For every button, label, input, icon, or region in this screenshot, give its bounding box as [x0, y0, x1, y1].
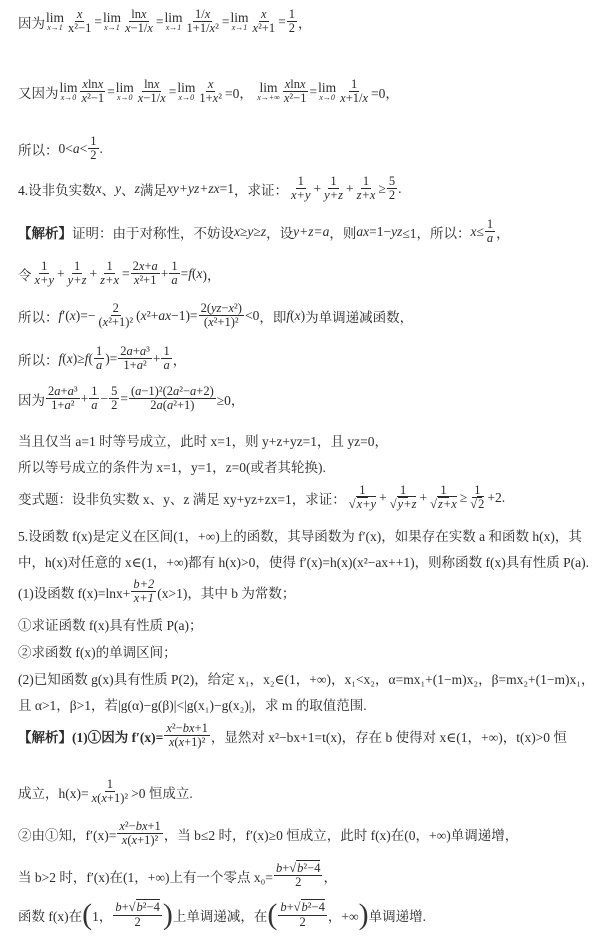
- fraction: 1x+1/x: [338, 78, 370, 105]
- line-22: ②由①知，f′(x)= x²−bx+1x(x+1)² ，当 b≤2 时，f′(x…: [18, 820, 518, 847]
- line-3: 所以：0<a< 12.: [18, 135, 103, 162]
- fraction: xx²+1: [251, 8, 278, 35]
- fraction: lnxx−1/x: [136, 78, 168, 105]
- limit: limx→1: [165, 11, 183, 33]
- line-20: 【解析】(1)①因为 f′(x)= x²−bx+1x(x+1)² ，显然对 x²…: [18, 722, 567, 749]
- fraction: xx²−1: [66, 8, 93, 35]
- line-5: 【解析】证明：由于对称性，不妨设 x≥y≥z，设 y+z=a ，则 ax=1−y…: [18, 218, 510, 245]
- line-11: 所以等号成立的条件为 x=1，y=1，z=0(或者其轮换).: [18, 456, 326, 476]
- text: 又因为: [18, 82, 59, 102]
- line-12: 变式题：设非负实数 x、y、z 满足 xy+yz+zx=1，求证： 1√x+y+…: [18, 484, 505, 511]
- line-6: 令 1x+y+ 1y+z+ 1z+x= 2x+ax²+1+ 1a=f(x)，: [18, 260, 221, 287]
- fraction: 1/x1+1/x²: [185, 8, 221, 35]
- limit: limx→0: [318, 81, 336, 103]
- fraction: xlnxx²−1: [282, 78, 309, 105]
- line-7: 所以：f′(x)=− 2(x²+1)²(x²+ax−1)= 2(yz−x²)(x…: [18, 302, 413, 329]
- line-10: 当且仅当 a=1 时等号成立，此时 x=1，则 y+z+yz=1，且 yz=0，: [18, 430, 388, 450]
- limit: limx→0: [177, 81, 195, 103]
- limit: limx→0: [60, 81, 78, 103]
- line-8: 所以：f(x)≥f( 1a)= 2a+a³1+a²+ 1a，: [18, 345, 186, 372]
- line-19: 且 α>1，β>1，若|g(α)−g(β)|<|g(x₁)−g(x₂)|，求 m…: [18, 694, 367, 714]
- line-13: 5.设函数 f(x)是定义在区间(1，+∞)上的函数，其导函数为 f′(x)，如…: [18, 525, 582, 545]
- line-14: 中，h(x)对任意的 x∈(1，+∞)都有 h(x)>0，使得 f′(x)=h(…: [18, 551, 589, 571]
- line-23: 当 b>2 时，f′(x)在(1，+∞)上有一个零点 x₀= b+√b²−42，: [18, 862, 337, 889]
- line-1: 因为 limx→1 xx²−1 = limx→1 lnxx−1/x = limx…: [18, 8, 312, 35]
- limit: limx→1: [230, 11, 248, 33]
- line-17: ②求函数 f(x)的单调区间；: [18, 641, 177, 661]
- line-18: (2)已知函数 g(x)具有性质 P(2)，给定 x₁，x₂∈(1，+∞)，x₁…: [18, 668, 594, 688]
- fraction: 12: [88, 135, 98, 162]
- limit: limx→0: [116, 81, 134, 103]
- limit: limx→1: [103, 11, 121, 33]
- line-15: (1)设函数 f(x)=lnx+ b+2x+1 (x>1)，其中 b 为常数；: [18, 578, 295, 605]
- limit: limx→+∞: [257, 81, 280, 103]
- line-9: 因为 2a+a³1+a²+ 1a− 52= (a−1)²(2a²−a+2)2a(…: [18, 385, 244, 412]
- line-24: 函数 f(x)在 (1， b+√b²−42 ) 上单调递减，在 ( b+√b²−…: [18, 900, 426, 930]
- line-4: 4.设非负实数 x、y、z 满足 xy+yz+zx=1，求证： 1x+y+ 1y…: [18, 175, 402, 202]
- line-2: 又因为 limx→0 xlnxx²−1 = limx→0 lnxx−1/x = …: [18, 78, 399, 105]
- limit: limx→1: [46, 11, 64, 33]
- fraction: lnxx−1/x: [123, 8, 155, 35]
- fraction: x1+x²: [197, 78, 224, 105]
- fraction: xlnxx²−1: [80, 78, 107, 105]
- fraction: 12: [287, 8, 297, 35]
- line-21: 成立，h(x)= 1x(x+1)² >0 恒成立.: [18, 778, 193, 805]
- line-16: ①求证函数 f(x)具有性质 P(a)；: [18, 614, 202, 634]
- text: 因为: [18, 12, 45, 32]
